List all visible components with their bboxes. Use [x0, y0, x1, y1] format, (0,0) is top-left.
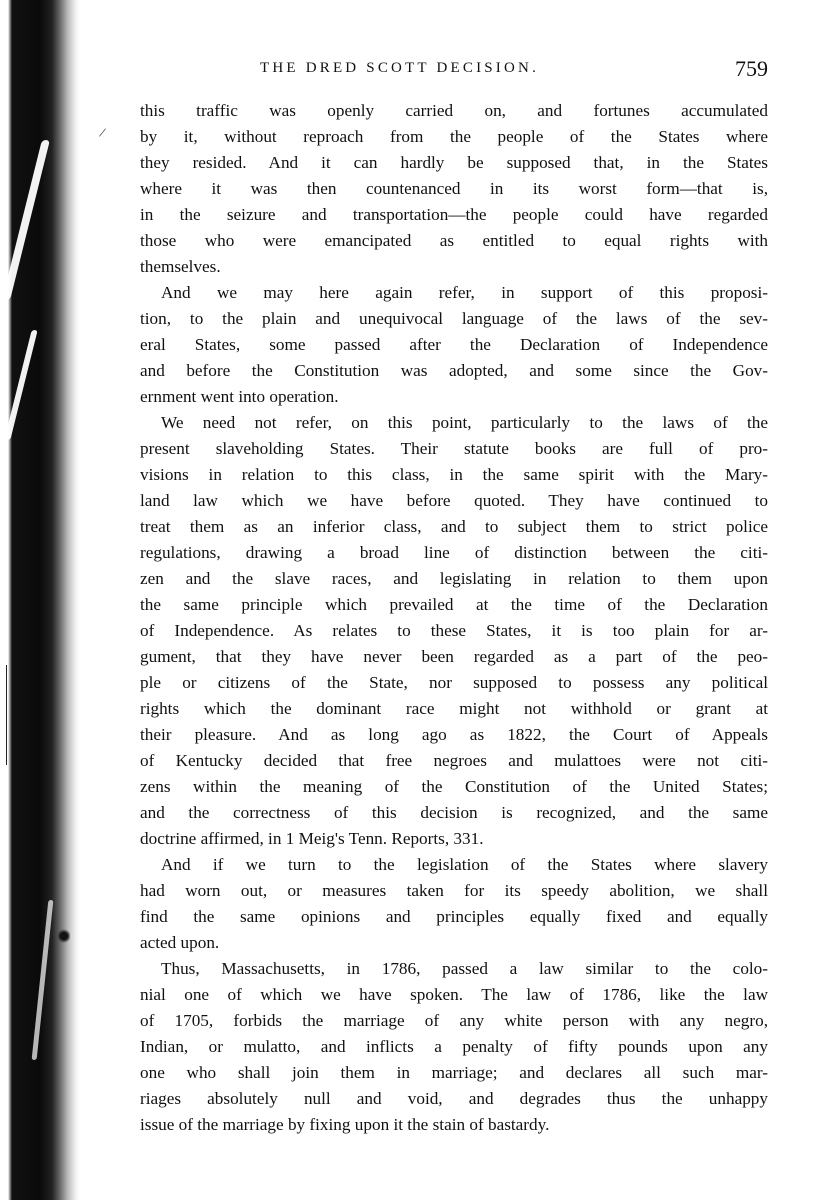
text-line: of Kentucky decided that free negroes an… [140, 748, 768, 774]
paragraph: And we may here again refer, in support … [140, 280, 768, 410]
text-line: tion, to the plain and unequivocal langu… [140, 306, 768, 332]
text-line: eral States, some passed after the Decla… [140, 332, 768, 358]
text-line: this traffic was openly carried on, and … [140, 98, 768, 124]
text-line: And we may here again refer, in support … [140, 280, 768, 306]
text-line: issue of the marriage by fixing upon it … [140, 1112, 768, 1138]
text-line: Indian, or mulatto, and inflicts a penal… [140, 1034, 768, 1060]
text-line: doctrine affirmed, in 1 Meig's Tenn. Rep… [140, 826, 768, 852]
text-line: of 1705, forbids the marriage of any whi… [140, 1008, 768, 1034]
text-line: regulations, drawing a broad line of dis… [140, 540, 768, 566]
text-line: We need not refer, on this point, partic… [140, 410, 768, 436]
text-line: in the seizure and transportation—the pe… [140, 202, 768, 228]
text-line: nial one of which we have spoken. The la… [140, 982, 768, 1008]
text-line: riages absolutely null and void, and deg… [140, 1086, 768, 1112]
text-line: by it, without reproach from the people … [140, 124, 768, 150]
stray-scan-mark: / [97, 126, 106, 142]
scanned-book-gutter-shadow [0, 0, 80, 1200]
text-line: and the correctness of this decision is … [140, 800, 768, 826]
text-line: they resided. And it can hardly be suppo… [140, 150, 768, 176]
text-line: And if we turn to the legislation of the… [140, 852, 768, 878]
gutter-edge-line [6, 665, 7, 765]
gutter-highlight-streak [4, 330, 37, 440]
page-header: THE DRED SCOTT DECISION. 759 [140, 56, 768, 86]
text-line: acted upon. [140, 930, 768, 956]
page-body-text: this traffic was openly carried on, and … [140, 98, 768, 1138]
text-line: of Independence. As relates to these Sta… [140, 618, 768, 644]
text-line: gument, that they have never been regard… [140, 644, 768, 670]
text-line: visions in relation to this class, in th… [140, 462, 768, 488]
page-number: 759 [735, 56, 768, 82]
running-title: THE DRED SCOTT DECISION. [260, 60, 539, 77]
paragraph: We need not refer, on this point, partic… [140, 410, 768, 852]
text-line: find the same opinions and principles eq… [140, 904, 768, 930]
text-line: themselves. [140, 254, 768, 280]
text-line: ple or citizens of the State, nor suppos… [140, 670, 768, 696]
text-line: one who shall join them in marriage; and… [140, 1060, 768, 1086]
text-line: and before the Constitution was adopted,… [140, 358, 768, 384]
text-line: zens within the meaning of the Constitut… [140, 774, 768, 800]
text-line: the same principle which prevailed at th… [140, 592, 768, 618]
text-line: land law which we have before quoted. Th… [140, 488, 768, 514]
gutter-highlight-streak [2, 140, 50, 300]
text-line: treat them as an inferior class, and to … [140, 514, 768, 540]
gutter-ink-speck [58, 928, 70, 944]
text-line: their pleasure. And as long ago as 1822,… [140, 722, 768, 748]
text-line: had worn out, or measures taken for its … [140, 878, 768, 904]
text-line: Thus, Massachusetts, in 1786, passed a l… [140, 956, 768, 982]
paragraph: Thus, Massachusetts, in 1786, passed a l… [140, 956, 768, 1138]
text-line: those who were emancipated as entitled t… [140, 228, 768, 254]
text-line: ernment went into operation. [140, 384, 768, 410]
text-line: where it was then countenanced in its wo… [140, 176, 768, 202]
paragraph: And if we turn to the legislation of the… [140, 852, 768, 956]
text-line: present slaveholding States. Their statu… [140, 436, 768, 462]
text-line: zen and the slave races, and legislating… [140, 566, 768, 592]
gutter-highlight-streak [32, 900, 54, 1060]
paragraph: this traffic was openly carried on, and … [140, 98, 768, 280]
text-line: rights which the dominant race might not… [140, 696, 768, 722]
